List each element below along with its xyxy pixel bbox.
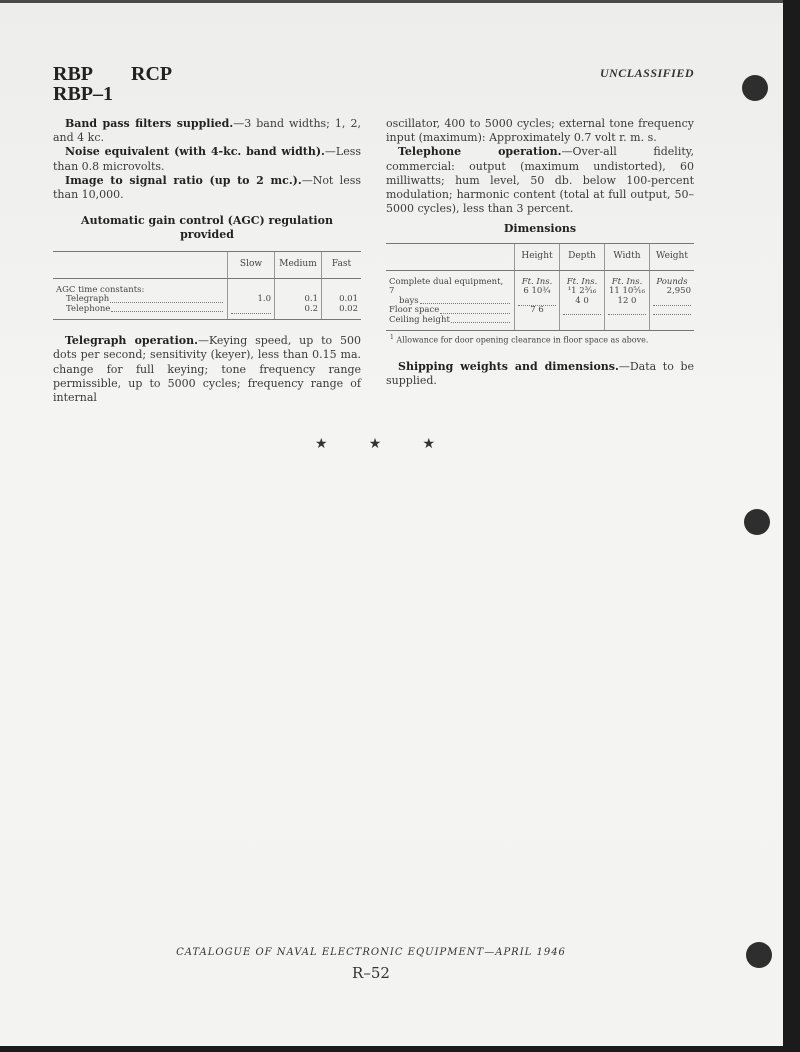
footnote-text: Allowance for door opening clearance in … bbox=[396, 336, 648, 345]
footnote-mark: 1 bbox=[390, 334, 394, 341]
right-column: oscillator, 400 to 5000 cycles; external… bbox=[386, 117, 694, 388]
dimensions-table: Height Depth Width Weight Complete dual … bbox=[386, 243, 694, 332]
band-pass-paragraph: Band pass filters supplied.—3 band width… bbox=[53, 117, 361, 145]
star-icon: ★ bbox=[315, 436, 328, 452]
binder-hole-icon bbox=[742, 75, 768, 101]
dim-cell-empty bbox=[563, 306, 601, 315]
classification-label: UNCLASSIFIED bbox=[600, 66, 694, 81]
shipping-paragraph: Shipping weights and dimensions.—Data to… bbox=[386, 360, 694, 388]
model-heading: RBPRCP RBP–1 bbox=[53, 64, 172, 104]
dim-cell-empty bbox=[653, 297, 691, 306]
model-rcp: RCP bbox=[131, 63, 172, 85]
dim-cell: 7 6 bbox=[518, 306, 556, 316]
telegraph-label: Telegraph operation. bbox=[65, 334, 198, 347]
dim-cell: 2,950 bbox=[653, 287, 691, 297]
shipping-label: Shipping weights and dimensions. bbox=[398, 360, 619, 373]
agc-cell: 1.0 bbox=[231, 295, 271, 305]
scan-edge-right bbox=[783, 0, 800, 1052]
agc-cell: 0.02 bbox=[325, 305, 358, 315]
dim-col-depth: Depth bbox=[560, 244, 605, 271]
section-separator: ★ ★ ★ bbox=[315, 436, 435, 452]
telephone-label: Telephone operation. bbox=[398, 145, 561, 158]
telephone-paragraph: Telephone operation.—Over-all fidelity, … bbox=[386, 145, 694, 216]
dim-col-width: Width bbox=[605, 244, 650, 271]
scan-edge-top bbox=[0, 0, 800, 3]
model-rbp: RBP bbox=[53, 63, 93, 85]
dim-cell: 12 0 bbox=[608, 297, 646, 307]
dim-cell: 6 10¾ bbox=[518, 287, 556, 297]
dimensions-footnote: 1 Allowance for door opening clearance i… bbox=[386, 331, 694, 348]
band-pass-label: Band pass filters supplied. bbox=[65, 117, 233, 130]
catalogue-footer: CATALOGUE OF NAVAL ELECTRONIC EQUIPMENT—… bbox=[0, 947, 742, 958]
dim-row-label: Ceiling height bbox=[389, 316, 450, 326]
agc-row-label: Telephone bbox=[66, 305, 110, 315]
dim-row-label: Complete dual equipment, 7 bbox=[389, 278, 511, 297]
dimensions-table-title: Dimensions bbox=[386, 222, 694, 236]
dim-col-height: Height bbox=[515, 244, 560, 271]
dim-col-weight: Weight bbox=[650, 244, 695, 271]
table-row: Complete dual equipment, 7 bays Floor sp… bbox=[386, 270, 694, 331]
left-column: Band pass filters supplied.—3 band width… bbox=[53, 117, 361, 405]
agc-col-slow: Slow bbox=[228, 252, 275, 279]
dim-cell-empty bbox=[653, 306, 691, 315]
star-icon: ★ bbox=[369, 436, 382, 452]
agc-col-medium: Medium bbox=[275, 252, 322, 279]
noise-label: Noise equivalent (with 4-kc. band width)… bbox=[65, 145, 325, 158]
binder-hole-icon bbox=[744, 509, 770, 535]
agc-cell-empty bbox=[231, 305, 271, 314]
table-row: AGC time constants: Telegraph Telephone … bbox=[53, 278, 361, 320]
telegraph-paragraph: Telegraph operation.—Keying speed, up to… bbox=[53, 334, 361, 405]
model-rbp-1: RBP–1 bbox=[53, 84, 172, 104]
image-ratio-label: Image to signal ratio (up to 2 mc.). bbox=[65, 174, 302, 187]
dim-cell: 4 0 bbox=[563, 297, 601, 307]
agc-table: Slow Medium Fast AGC time constants: Tel… bbox=[53, 251, 361, 321]
binder-hole-icon bbox=[746, 942, 772, 968]
dim-col-label bbox=[386, 244, 515, 271]
image-ratio-paragraph: Image to signal ratio (up to 2 mc.).—Not… bbox=[53, 174, 361, 202]
agc-col-label bbox=[53, 252, 228, 279]
noise-paragraph: Noise equivalent (with 4-kc. band width)… bbox=[53, 145, 361, 173]
page-number: R–52 bbox=[0, 964, 742, 982]
scan-edge-bottom bbox=[0, 1046, 800, 1052]
oscillator-continuation: oscillator, 400 to 5000 cycles; external… bbox=[386, 117, 694, 145]
agc-cell: 0.2 bbox=[278, 305, 318, 315]
dim-cell-empty bbox=[608, 306, 646, 315]
agc-col-fast: Fast bbox=[322, 252, 362, 279]
agc-table-title: Automatic gain control (AGC) regulation … bbox=[53, 214, 361, 242]
star-icon: ★ bbox=[422, 436, 435, 452]
